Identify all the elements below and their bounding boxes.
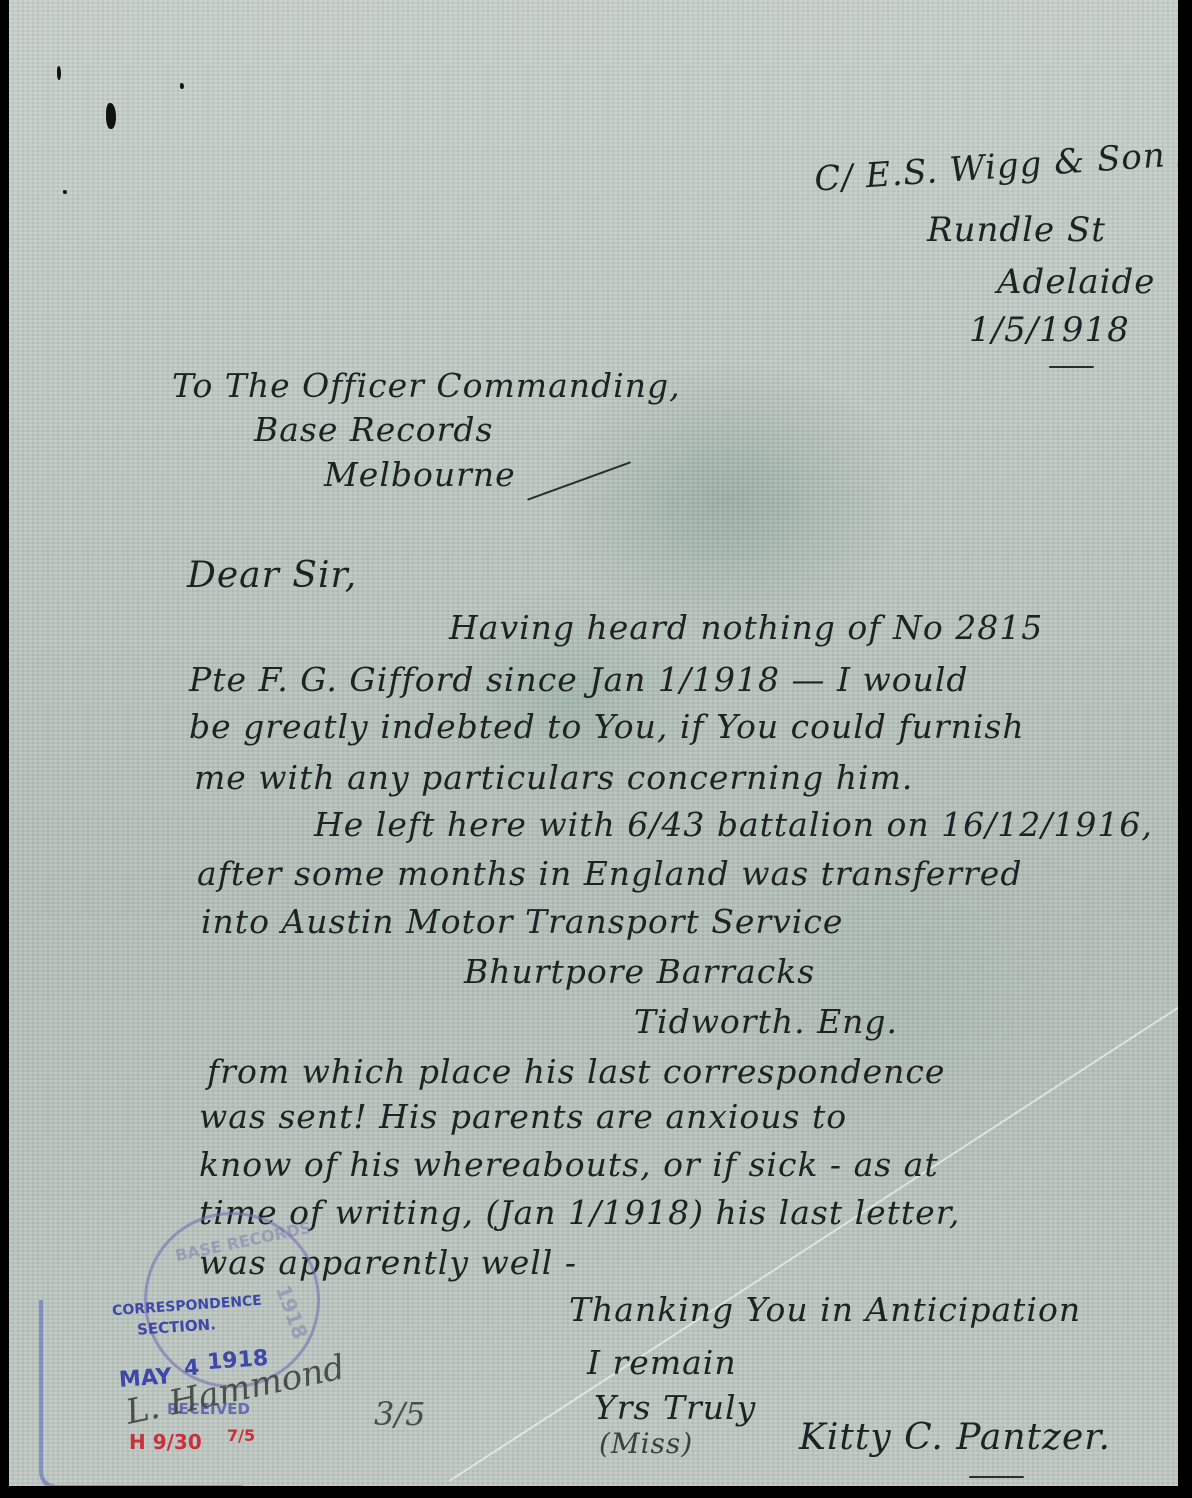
sender-address-line2: Rundle St <box>927 210 1106 250</box>
recipient-line2: Base Records <box>254 410 493 449</box>
body-line: me with any particulars concerning him. <box>194 758 913 797</box>
signature: Kitty C. Pantzer. <box>799 1417 1111 1458</box>
signer-title: (Miss) <box>599 1427 693 1460</box>
body-line: Having heard nothing of No 2815 <box>449 608 1043 647</box>
sender-address-line1: C/ E.S. Wigg & Son Ltd <box>813 130 1178 200</box>
red-reference-date: 7/5 <box>227 1426 255 1445</box>
body-line: Tidworth. Eng. <box>634 1002 898 1041</box>
date-underline <box>1049 366 1094 368</box>
letter-date: 1/5/1918 <box>969 310 1130 350</box>
body-line: was sent! His parents are anxious to <box>199 1097 847 1136</box>
punch-mark <box>63 190 67 194</box>
recipient-flourish <box>527 461 631 501</box>
recipient-line3: Melbourne <box>324 455 516 494</box>
body-line: time of writing, (Jan 1/1918) his last l… <box>199 1193 960 1232</box>
body-line: after some months in England was transfe… <box>197 854 1022 893</box>
closing-line1: Thanking You in Anticipation <box>569 1290 1081 1329</box>
salutation: Dear Sir, <box>187 555 357 596</box>
closing-line3: Yrs Truly <box>594 1388 756 1427</box>
punch-hole-mark <box>106 103 116 129</box>
body-line: be greatly indebted to You, if You could… <box>189 707 1025 746</box>
body-line: He left here with 6/43 battalion on 16/1… <box>314 805 1153 844</box>
red-reference-number: H 9/30 <box>129 1430 202 1454</box>
pencil-date: 3/5 <box>374 1395 426 1433</box>
recipient-line1: To The Officer Commanding, <box>172 366 681 405</box>
body-line: into Austin Motor Transport Service <box>201 902 843 941</box>
body-line: Bhurtpore Barracks <box>464 952 815 991</box>
punch-mark <box>57 66 61 80</box>
letter-page: C/ E.S. Wigg & Son Ltd Rundle St Adelaid… <box>9 0 1178 1486</box>
signature-underline <box>969 1476 1024 1478</box>
sender-address-line3: Adelaide <box>997 262 1155 302</box>
body-line: Pte F. G. Gifford since Jan 1/1918 — I w… <box>189 660 969 699</box>
body-line: from which place his last correspondence <box>207 1052 945 1091</box>
closing-line2: I remain <box>587 1343 737 1382</box>
punch-mark <box>180 83 184 89</box>
body-line: know of his whereabouts, or if sick - as… <box>199 1145 939 1184</box>
